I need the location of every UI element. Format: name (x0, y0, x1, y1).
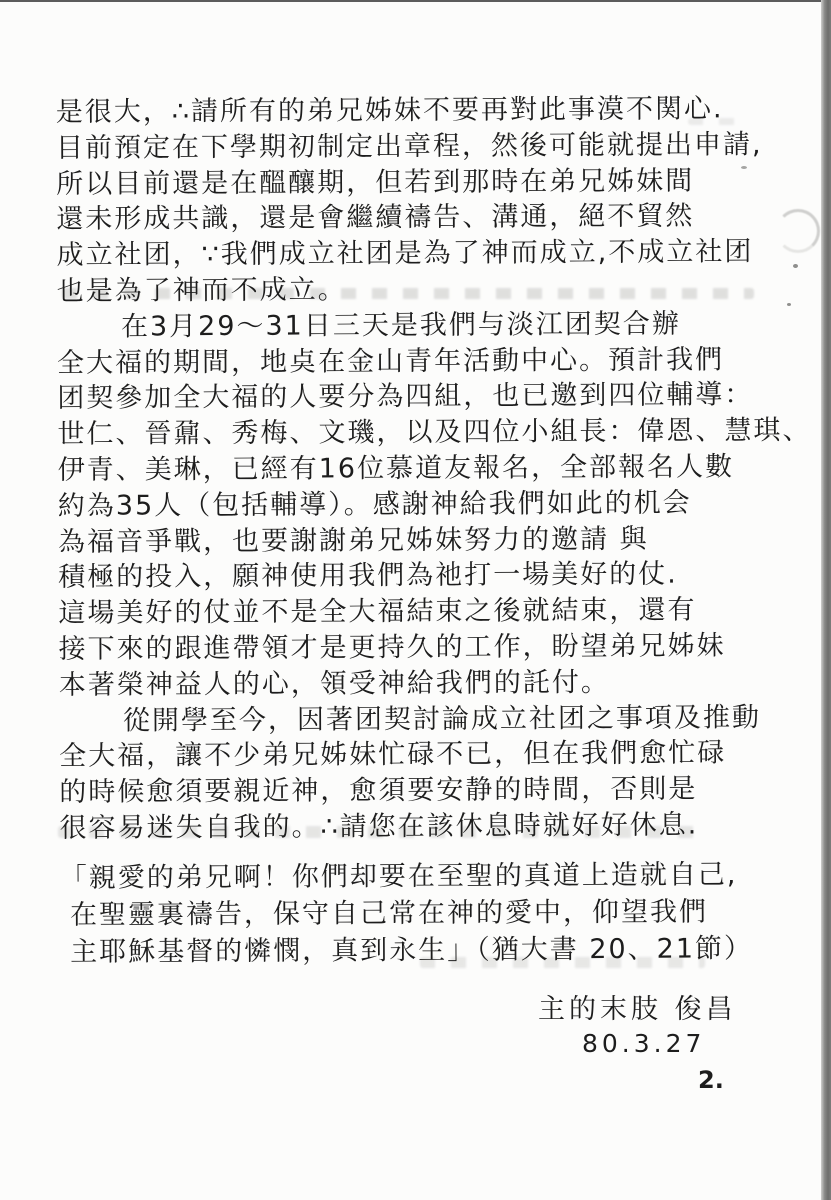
handwritten-line: 目前預定在下學期初制定出章程，然後可能就提出申請, (56, 127, 764, 167)
page-number: 2. (698, 1066, 724, 1094)
handwritten-line: 世仁、晉鼐、秀梅、文璣，以及四位小組長：偉恩、慧琪、 (57, 413, 765, 453)
handwritten-line: 本著榮神益人的心，領受神給我們的託付。 (59, 664, 767, 704)
handwritten-line: 团契參加全大福的人要分為四組，也已邀到四位輔導： (57, 378, 765, 418)
handwritten-line: 伊青、美琳，已經有16位慕道友報名，全部報名人數 (58, 449, 766, 489)
scanned-letter-page: 是很大，∴請所有的弟兄姊妹不要再對此事漠不関心. 目前預定在下學期初制定出章程，… (0, 0, 831, 1200)
handwritten-line: 成立社团，∵我們成立社团是為了神而成立,不成立社团 (56, 234, 764, 274)
handwritten-line: 積極的投入，願神使用我們為祂打一場美好的仗. (58, 557, 766, 597)
scan-edge-right-band (821, 0, 831, 1200)
scripture-quote-line: 主耶穌基督的憐憫，真到永生」（猶大書 20、21節） (60, 930, 768, 971)
handwritten-line: 全大福，讓不少弟兄姊妹忙碌不已，但在我們愈忙碌 (59, 735, 767, 775)
handwritten-line: 為福音爭戰，也要謝謝弟兄姊妹努力的邀請 與 (58, 521, 766, 561)
handwritten-line-paragraph-start: 從開學至今，因著团契討論成立社团之事項及推動 (59, 700, 767, 740)
scan-ring-artifact (776, 209, 820, 253)
scripture-quote-line: 在聖靈裏禱告，保守自己常在神的愛中，仰望我們 (60, 893, 768, 934)
scripture-quote: 「親愛的弟兄啊！你們却要在至聖的真道上造就自己, 在聖靈裏禱告，保守自己常在神的… (60, 856, 769, 971)
handwritten-line: 也是為了神而不成立。 (57, 270, 765, 310)
handwritten-line: 這場美好的仗並不是全大福結束之後就結束，還有 (58, 592, 766, 632)
scan-speck (787, 303, 791, 306)
signature-date: 80.3.27 (582, 1026, 705, 1062)
handwritten-line: 很容易迷失自我的。∴請您在該休息時就好好休息. (59, 807, 767, 847)
handwritten-line: 還未形成共識，還是會繼續禱告、溝通，絕不貿然 (56, 199, 764, 239)
handwritten-line: 接下來的跟進帶領才是更持久的工作，盼望弟兄姊妹 (59, 628, 767, 668)
handwritten-line: 的時候愈須要親近神，愈須要安静的時間，否則是 (59, 771, 767, 811)
handwritten-line: 所以目前還是在醞釀期，但若到那時在弟兄姊妹間 (56, 163, 764, 203)
signature-closing: 主的末肢 俊昌 (538, 992, 737, 1028)
handwritten-line-paragraph-start: 在3月29～31日三天是我們与淡江团契合辦 (57, 306, 765, 346)
scripture-quote-line: 「親愛的弟兄啊！你們却要在至聖的真道上造就自己, (60, 856, 768, 897)
scan-speck (793, 264, 798, 268)
handwritten-line: 是很大，∴請所有的弟兄姊妹不要再對此事漠不関心. (56, 91, 764, 131)
handwritten-line: 全大福的期間，地奌在金山青年活動中心。預計我們 (57, 342, 765, 382)
letter-body: 是很大，∴請所有的弟兄姊妹不要再對此事漠不関心. 目前預定在下學期初制定出章程，… (56, 91, 769, 970)
handwritten-line: 約為35人（包括輔導）。感謝神給我們如此的机会 (58, 485, 766, 525)
scan-edge-top (0, 0, 831, 2)
